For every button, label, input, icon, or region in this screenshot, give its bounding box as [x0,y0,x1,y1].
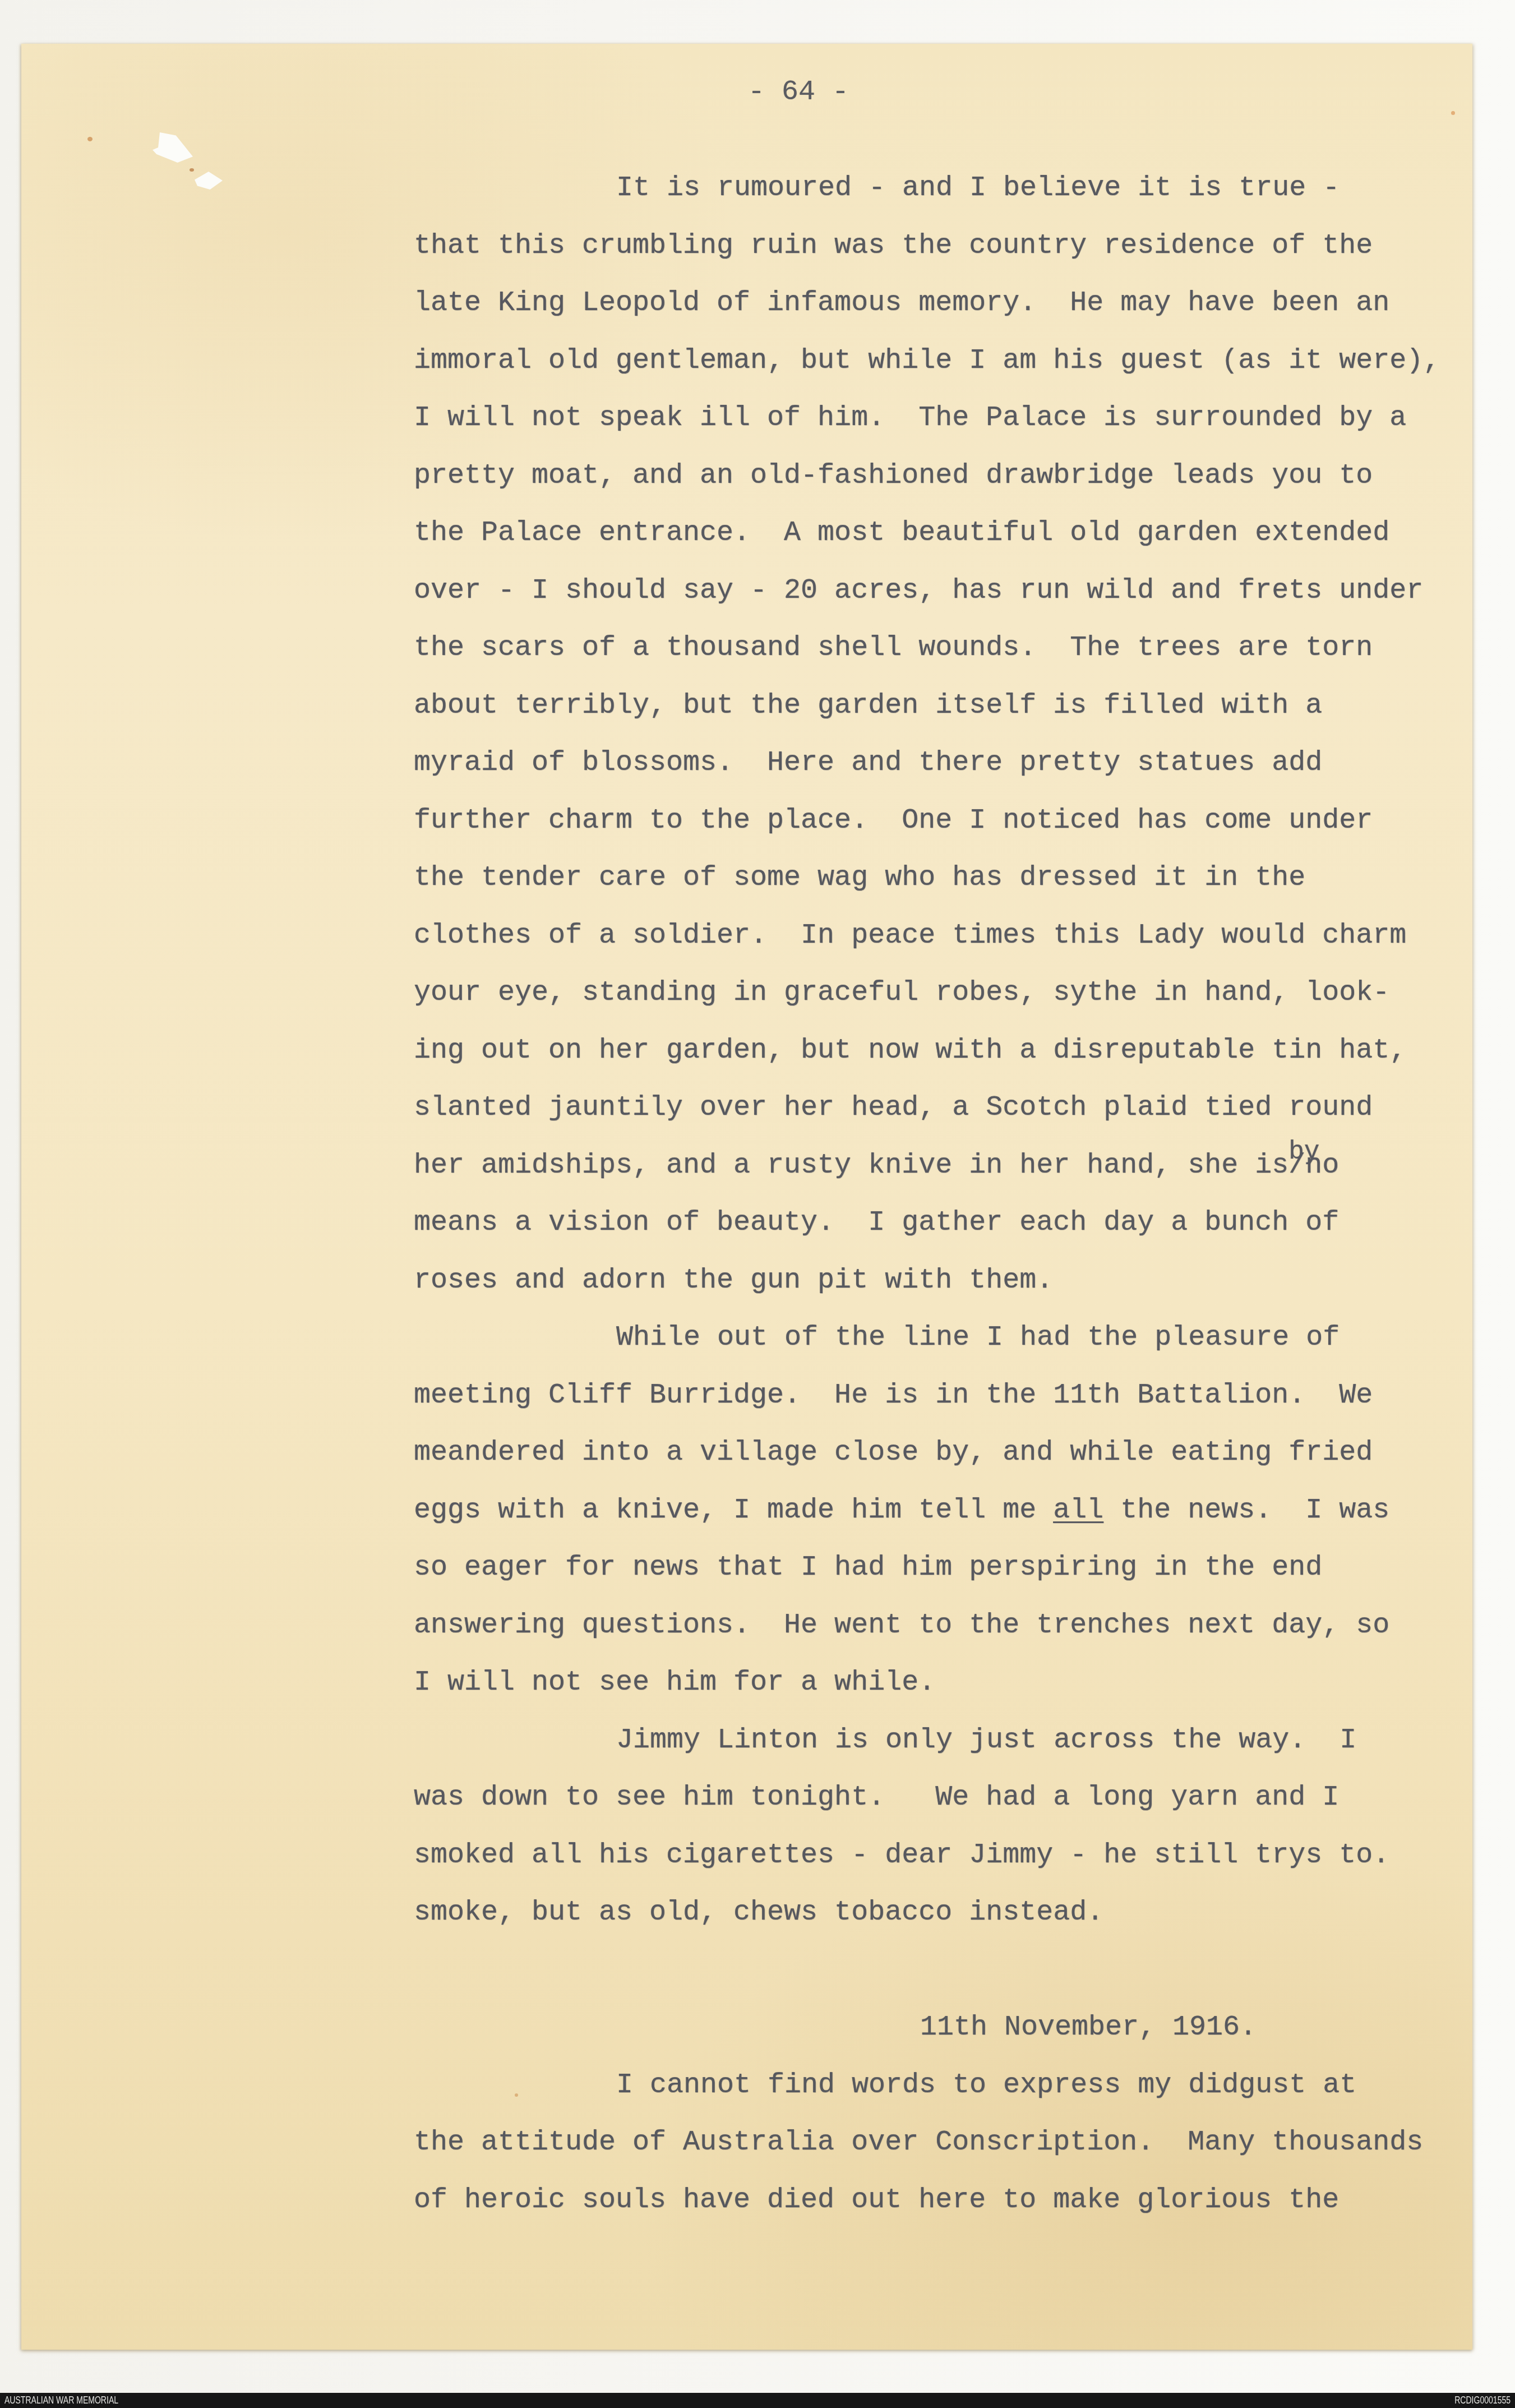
text-line: I cannot find words to express my didgus… [414,2068,1468,2125]
footer-right-label: RCDIG0001555 [1454,2395,1511,2406]
paper-tear [195,172,223,190]
text-line: Jimmy Linton is only just across the way… [414,1723,1468,1780]
text-line: immoral old gentleman, but while I am hi… [414,343,1468,401]
text-line: meeting Cliff Burridge. He is in the 11t… [414,1378,1468,1436]
typed-text-block: It is rumoured - and I believe it is tru… [414,170,1468,2240]
footer-left-label: AUSTRALIAN WAR MEMORIAL [4,2395,118,2406]
text-line: over - I should say - 20 acres, has run … [414,573,1468,631]
text-line: about terribly, but the garden itself is… [414,688,1468,746]
text-line: eggs with a knive, I made him tell me al… [414,1493,1468,1551]
text-line: was down to see him tonight. We had a lo… [414,1780,1468,1838]
document-page: - 64 - It is rumoured - and I believe it… [21,44,1472,2350]
underlined-word: all [1053,1494,1103,1526]
paper-speck [87,137,93,141]
page-number: - 64 - [748,76,849,108]
text-line: answering questions. He went to the tren… [414,1608,1468,1666]
text-line: late King Leopold of infamous memory. He… [414,285,1468,343]
text-line: further charm to the place. One I notice… [414,803,1468,861]
paper-speck [515,2093,518,2097]
text-line: your eye, standing in graceful robes, sy… [414,975,1468,1033]
text-line: the attitude of Australia over Conscript… [414,2125,1468,2183]
text-line: the tender care of some wag who has dres… [414,860,1468,918]
text-line: myraid of blossoms. Here and there prett… [414,745,1468,803]
text-line: that this crumbling ruin was the country… [414,228,1468,286]
paper-speck [190,168,194,172]
text-line: the scars of a thousand shell wounds. Th… [414,630,1468,688]
text-line: While out of the line I had the pleasure… [414,1320,1468,1378]
text-line: the Palace entrance. A most beautiful ol… [414,515,1468,573]
text-line: her amidships, and a rusty knive in her … [414,1148,1468,1206]
paper-tear [153,132,193,163]
text-line: It is rumoured - and I believe it is tru… [414,170,1468,228]
text-line [414,1953,1468,2010]
scan-background: - 64 - It is rumoured - and I believe it… [0,0,1515,2408]
text-line: 11th November, 1916. [414,2010,1468,2068]
footer-bar: AUSTRALIAN WAR MEMORIAL RCDIG0001555 [0,2393,1515,2408]
text-line: ing out on her garden, but now with a di… [414,1033,1468,1091]
paper-speck [1451,111,1455,115]
text-line: meandered into a village close by, and w… [414,1435,1468,1493]
text-line: I will not see him for a while. [414,1665,1468,1723]
text-line: smoked all his cigarettes - dear Jimmy -… [414,1838,1468,1895]
text-line: smoke, but as old, chews tobacco instead… [414,1895,1468,1953]
text-line: pretty moat, and an old-fashioned drawbr… [414,458,1468,516]
text-line: roses and adorn the gun pit with them. [414,1263,1468,1321]
text-line: clothes of a soldier. In peace times thi… [414,918,1468,976]
text-line: so eager for news that I had him perspir… [414,1550,1468,1608]
text-line: of heroic souls have died out here to ma… [414,2183,1468,2240]
text-line: means a vision of beauty. I gather each … [414,1205,1468,1263]
text-line: I will not speak ill of him. The Palace … [414,400,1468,458]
